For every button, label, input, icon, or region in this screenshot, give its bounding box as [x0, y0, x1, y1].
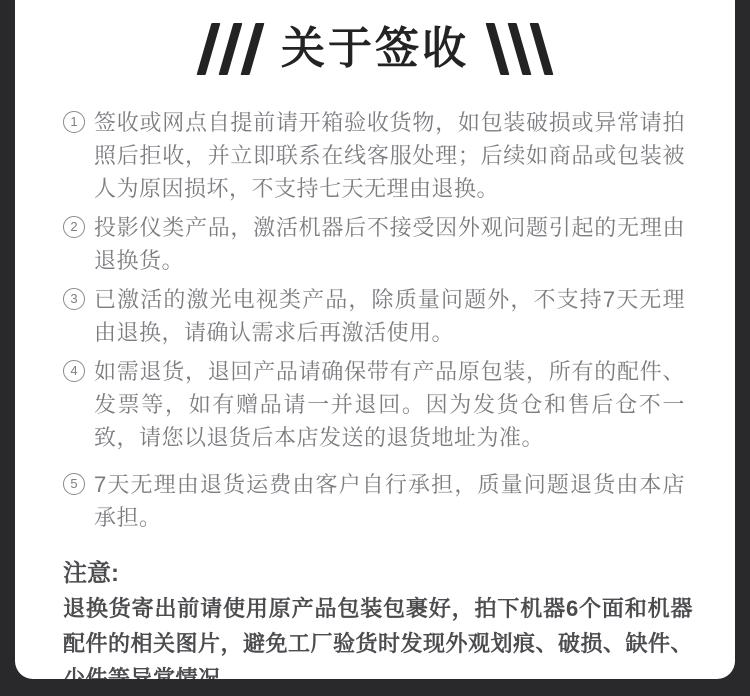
list-item-2: 2 投影仪类产品，激活机器后不接受因外观问题引起的无理由退换货。	[63, 211, 685, 277]
slash-bar	[486, 23, 510, 75]
slash-bar	[508, 23, 532, 75]
slash-bar	[197, 23, 221, 75]
item-text: 如需退货，退回产品请确保带有产品原包装，所有的配件、发票等，如有赠品请一并退回。…	[94, 355, 685, 454]
sign-off-list: 1 签收或网点自提前请开箱验收货物，如包装破损或异常请拍照后拒收，并立即联系在线…	[63, 106, 685, 534]
list-item-1: 1 签收或网点自提前请开箱验收货物，如包装破损或异常请拍照后拒收，并立即联系在线…	[63, 106, 685, 205]
item-number-badge: 2	[63, 216, 85, 238]
page-title-row: 关于签收	[15, 20, 735, 78]
slash-bar	[219, 23, 243, 75]
item-text: 7天无理由退货运费由客户自行承担，质量问题退货由本店承担。	[94, 468, 685, 534]
forward-slashes-icon	[204, 23, 257, 75]
content-card: 关于签收 1 签收或网点自提前请开箱验收货物，如包装破损或异常请拍照后拒收，并立…	[15, 0, 735, 679]
item-text: 投影仪类产品，激活机器后不接受因外观问题引起的无理由退换货。	[94, 211, 685, 277]
item-number-badge: 4	[63, 360, 85, 382]
item-number-badge: 5	[63, 473, 85, 495]
slash-bar	[530, 23, 554, 75]
list-item-5: 5 7天无理由退货运费由客户自行承担，质量问题退货由本店承担。	[63, 468, 685, 534]
item-number-badge: 1	[63, 111, 85, 133]
notice-label: 注意:	[63, 556, 693, 591]
notice-text: 退换货寄出前请使用原产品包装包裹好，拍下机器6个面和机器配件的相关图片，避免工厂…	[63, 591, 693, 679]
notice-section: 注意: 退换货寄出前请使用原产品包装包裹好，拍下机器6个面和机器配件的相关图片，…	[63, 556, 693, 679]
list-item-4: 4 如需退货，退回产品请确保带有产品原包装，所有的配件、发票等，如有赠品请一并退…	[63, 355, 685, 454]
page-background: { "page": { "title": "关于签收" }, "list": {…	[0, 0, 750, 696]
page-title: 关于签收	[281, 20, 469, 78]
item-text: 签收或网点自提前请开箱验收货物，如包装破损或异常请拍照后拒收，并立即联系在线客服…	[94, 106, 685, 205]
item-text: 已激活的激光电视类产品，除质量问题外，不支持7天无理由退换，请确认需求后再激活使…	[94, 283, 685, 349]
item-number-badge: 3	[63, 288, 85, 310]
slash-bar	[241, 23, 265, 75]
back-slashes-icon	[493, 23, 546, 75]
list-item-3: 3 已激活的激光电视类产品，除质量问题外，不支持7天无理由退换，请确认需求后再激…	[63, 283, 685, 349]
